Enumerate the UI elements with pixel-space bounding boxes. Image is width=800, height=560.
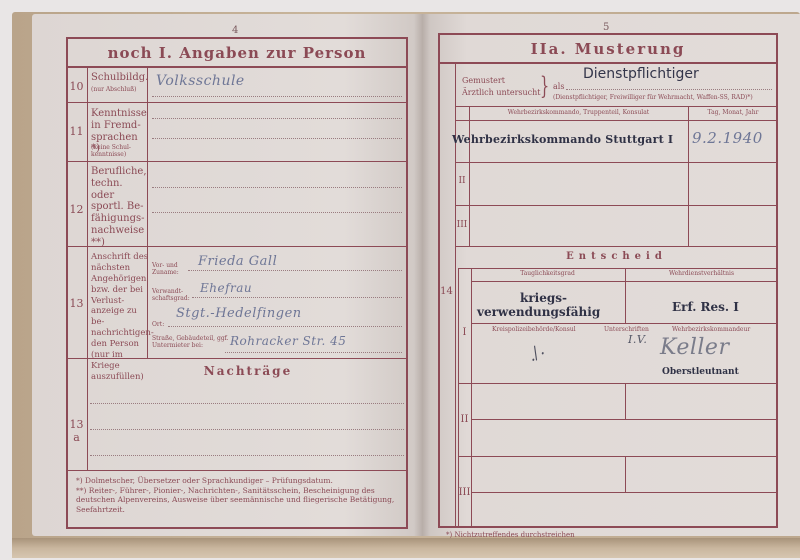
examined-options: (Dienstpflichtiger, Freiwilliger für Weh…: [553, 94, 753, 101]
divider: [66, 102, 408, 103]
fill-line: [188, 270, 402, 271]
roman-numeral: III: [455, 220, 469, 230]
divider: [471, 268, 472, 528]
supplements-title: Nachträge: [88, 364, 408, 378]
row-label: Anschrift des nächsten Angehörigen bzw. …: [91, 252, 149, 383]
relation-value: Ehefrau: [200, 281, 252, 295]
divider: [625, 383, 626, 419]
name-value: Frieda Gall: [198, 254, 277, 269]
page-number-right: 5: [603, 22, 609, 33]
decision-title: Entscheid: [455, 251, 778, 262]
divider: [471, 323, 778, 324]
street-value: Rohracker Str. 45: [230, 334, 346, 348]
brace: }: [540, 72, 549, 100]
divider: [471, 419, 778, 420]
divider: [66, 246, 408, 247]
fill-line: [225, 352, 402, 353]
fill-line: [152, 187, 402, 188]
fill-line: [90, 455, 404, 456]
place-label: Ort:: [152, 321, 164, 328]
footnote-1: *) Dolmetscher, Übersetzer oder Sprachku…: [76, 476, 402, 485]
divider: [438, 62, 778, 64]
right-footnote: *) Nichtzutreffendes durchstreichen: [446, 531, 575, 540]
divider: [455, 246, 778, 247]
fill-line: [152, 212, 402, 213]
fill-line: [168, 326, 402, 327]
rank-stamp: Oberstleutnant: [662, 367, 739, 377]
divider: [458, 383, 778, 384]
fill-line: [152, 118, 402, 119]
roman-numeral: II: [455, 176, 469, 186]
divider: [455, 106, 778, 107]
left-page-title: noch I. Angaben zur Person: [66, 44, 408, 62]
fitness-stamp-1: kriegs-: [520, 291, 567, 305]
divider: [66, 470, 408, 471]
divider: [455, 62, 456, 528]
examined-label-2: Ärztlich untersucht: [462, 88, 541, 97]
relation-label: Verwandt-schaftsgrad:: [152, 288, 192, 302]
row-number: 13 a: [66, 418, 87, 444]
row-label: Berufliche, techn. oder sportl. Be-fähig…: [91, 166, 147, 249]
row-number: 11: [66, 125, 87, 138]
divider: [688, 106, 689, 246]
command-stamp: Wehrbezirkskommando Stuttgart I: [452, 133, 673, 146]
service-status-stamp: Erf. Res. I: [672, 300, 739, 314]
roman-numeral: II: [458, 414, 471, 425]
command-header: Wehrbezirkskommando, Truppenteil, Konsul…: [469, 109, 688, 116]
divider: [455, 205, 778, 206]
examination-date: 9.2.1940: [692, 129, 763, 147]
row-number: 12: [66, 203, 87, 216]
roman-numeral: I: [458, 327, 471, 338]
fitness-stamp-2: verwendungsfähig: [477, 305, 600, 319]
divider: [458, 456, 778, 457]
divider: [66, 161, 408, 162]
fill-line: [90, 403, 404, 404]
fitness-header: Tauglichkeitsgrad: [471, 270, 624, 277]
section-number: 14: [438, 286, 455, 297]
divider: [469, 106, 470, 246]
service-header: Wehrdienstverhältnis: [625, 270, 778, 277]
education-value: Volksschule: [156, 73, 245, 89]
row-sublabel: (keine Schul-kenntnisse): [91, 144, 141, 158]
booklet-edge: [12, 538, 800, 558]
name-label: Vor- und Zuname:: [152, 262, 188, 276]
row-label: Schulbildg.: [91, 72, 148, 84]
divider: [458, 268, 778, 269]
fill-line: [566, 89, 772, 90]
commander-label: Wehrbezirkskommandeur: [672, 326, 750, 333]
page-number-left: 4: [232, 25, 238, 36]
place-value: Stgt.-Hedelfingen: [176, 306, 302, 321]
divider: [66, 66, 408, 68]
footnote-2: **) Reiter-, Führer-, Pionier-, Nachrich…: [76, 486, 402, 514]
row-number: 10: [66, 80, 87, 93]
spine: [414, 14, 430, 536]
signature-prefix: I.V.: [628, 333, 647, 346]
street-label: Straße, Gebäudeteil, ggf. Untermieter be…: [152, 335, 232, 349]
roman-numeral: III: [458, 487, 471, 498]
row-sublabel: (nur Abschluß): [91, 86, 136, 93]
fill-line: [152, 138, 402, 139]
row-number: 13: [66, 297, 87, 310]
examined-label-1: Gemustert: [462, 76, 505, 85]
divider: [625, 268, 626, 323]
divider: [625, 456, 626, 492]
as-label: als: [553, 82, 564, 91]
police-label: Kreispolizeibehörde/Konsul: [492, 326, 576, 333]
fill-line: [90, 429, 404, 430]
divider: [471, 492, 778, 493]
divider: [455, 162, 778, 163]
fill-line: [152, 96, 402, 97]
right-page-title: IIa. Musterung: [438, 40, 778, 58]
commander-signature: Keller: [660, 335, 729, 360]
divider: [66, 358, 408, 359]
fill-line: [192, 297, 402, 298]
divider: [455, 120, 778, 121]
date-header: Tag, Monat, Jahr: [688, 109, 778, 116]
divider: [87, 66, 88, 470]
examined-value-stamp: Dienstpflichtiger: [583, 66, 699, 82]
